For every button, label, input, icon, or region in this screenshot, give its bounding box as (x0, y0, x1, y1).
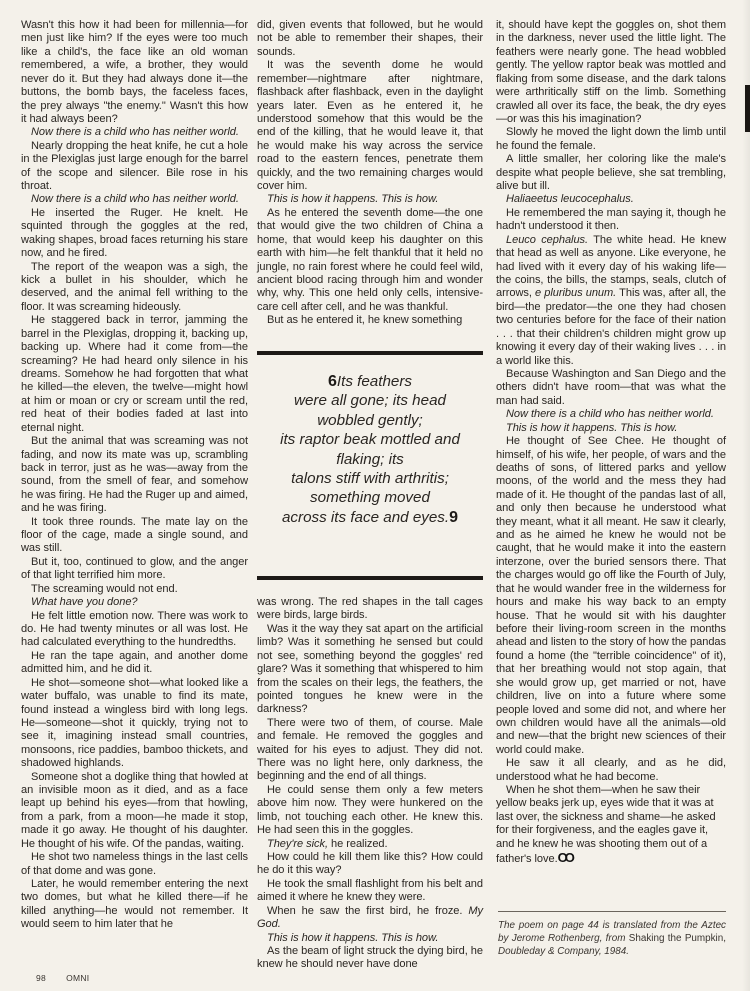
column-2-bottom: was wrong. The red shapes in the tall ca… (257, 596, 483, 972)
paragraph: Now there is a child who has neither wor… (496, 408, 726, 421)
paragraph: What have you done? (21, 596, 248, 609)
paragraph: When he shot them—when he saw their yell… (496, 784, 726, 867)
page-edge-shadow (742, 0, 750, 991)
paragraph: It took three rounds. The mate lay on th… (21, 516, 248, 556)
pull-quote-line: across its face and eyes.9 (257, 508, 483, 527)
paragraph: He took the small flashlight from his be… (257, 878, 483, 905)
paragraph: Later, he would remember entering the ne… (21, 878, 248, 932)
paragraph: But it, too, continued to glow, and the … (21, 556, 248, 583)
paragraph: He thought of See Chee. He thought of hi… (496, 435, 726, 757)
paragraph: But as he entered it, he knew something (257, 314, 483, 327)
paragraph: Now there is a child who has neither wor… (21, 126, 248, 139)
end-of-story-icon: OO (558, 850, 572, 865)
page-number: 98 (36, 973, 46, 983)
paragraph: Now there is a child who has neither wor… (21, 193, 248, 206)
paragraph: He staggered back in terror, jamming the… (21, 314, 248, 435)
paragraph: This is how it happens. This is how. (496, 422, 726, 435)
column-2-top: did, given events that followed, but he … (257, 19, 483, 328)
footnote-rule (498, 911, 726, 912)
column-1: Wasn't this how it had been for millenni… (21, 19, 248, 932)
paragraph: He felt little emotion now. There was wo… (21, 610, 248, 650)
paragraph: Because Washington and San Diego and the… (496, 368, 726, 408)
paragraph: It was the seventh dome he would remembe… (257, 59, 483, 193)
italic-phrase: They're sick, (267, 838, 328, 850)
pull-quote-line: its raptor beak mottled and (257, 430, 483, 449)
pull-quote-top-rule (257, 351, 483, 355)
paragraph: Leuco cephalus. The white head. He knew … (496, 234, 726, 368)
paragraph: How could he kill them like this? How co… (257, 851, 483, 878)
paragraph: They're sick, he realized. (257, 838, 483, 851)
pull-quote-line: 6Its feathers (257, 372, 483, 391)
pull-quote: 6Its featherswere all gone; its headwobb… (257, 372, 483, 527)
magazine-page: Wasn't this how it had been for millenni… (0, 0, 750, 991)
paragraph: The report of the weapon was a sigh, the… (21, 261, 248, 315)
footnote-publisher: Doubleday & Company, 1984. (498, 946, 629, 957)
paragraph: Slowly he moved the light down the limb … (496, 126, 726, 153)
paragraph: Someone shot a doglike thing that howled… (21, 771, 248, 852)
paragraph: did, given events that followed, but he … (257, 19, 483, 59)
paragraph: Haliaeetus leucocephalus. (496, 193, 726, 206)
page-edge-tab-mark (745, 85, 750, 132)
footnote-book-title: Shaking the Pumpkin, (625, 933, 726, 944)
paragraph: This is how it happens. This is how. (257, 193, 483, 206)
paragraph: He could sense them only a few meters ab… (257, 784, 483, 838)
paragraph: A little smaller, her coloring like the … (496, 153, 726, 193)
italic-phrase: Leuco cephalus. (506, 234, 588, 246)
paragraph: He ran the tape again, and another dome … (21, 650, 248, 677)
paragraph: was wrong. The red shapes in the tall ca… (257, 596, 483, 623)
pull-quote-bottom-rule (257, 576, 483, 580)
pull-quote-line: were all gone; its head (257, 391, 483, 410)
pull-quote-line: flaking; its (257, 450, 483, 469)
paragraph: When he saw the first bird, he froze. My… (257, 905, 483, 932)
paragraph: But the animal that was screaming was no… (21, 435, 248, 516)
italic-phrase: e pluribus unum. (535, 287, 616, 299)
open-quote-icon: 6 (328, 373, 337, 390)
folio: 98OMNI (36, 973, 109, 983)
footnote: The poem on page 44 is translated from t… (498, 919, 726, 958)
paragraph: As he entered the seventh dome—the one t… (257, 207, 483, 314)
pull-quote-line: wobbled gently; (257, 411, 483, 430)
paragraph: Wasn't this how it had been for millenni… (21, 19, 248, 126)
paragraph: He inserted the Ruger. He knelt. He squi… (21, 207, 248, 261)
paragraph: Was it the way they sat apart on the art… (257, 623, 483, 717)
paragraph: The screaming would not end. (21, 583, 248, 596)
column-3: it, should have kept the goggles on, sho… (496, 19, 726, 867)
pull-quote-line: talons stiff with arthritis; (257, 469, 483, 488)
paragraph: He shot—someone shot—what looked like a … (21, 677, 248, 771)
paragraph: As the beam of light struck the dying bi… (257, 945, 483, 972)
close-quote-icon: 9 (449, 509, 458, 526)
paragraph: Nearly dropping the heat knife, he cut a… (21, 140, 248, 194)
paragraph: This is how it happens. This is how. (257, 932, 483, 945)
paragraph: He saw it all clearly, and as he did, un… (496, 757, 726, 784)
paragraph: He remembered the man saying it, though … (496, 207, 726, 234)
magazine-name: OMNI (66, 973, 89, 983)
italic-phrase: My God. (257, 905, 483, 930)
paragraph: it, should have kept the goggles on, sho… (496, 19, 726, 126)
paragraph: He shot two nameless things in the last … (21, 851, 248, 878)
pull-quote-line: something moved (257, 488, 483, 507)
paragraph: There were two of them, of course. Male … (257, 717, 483, 784)
